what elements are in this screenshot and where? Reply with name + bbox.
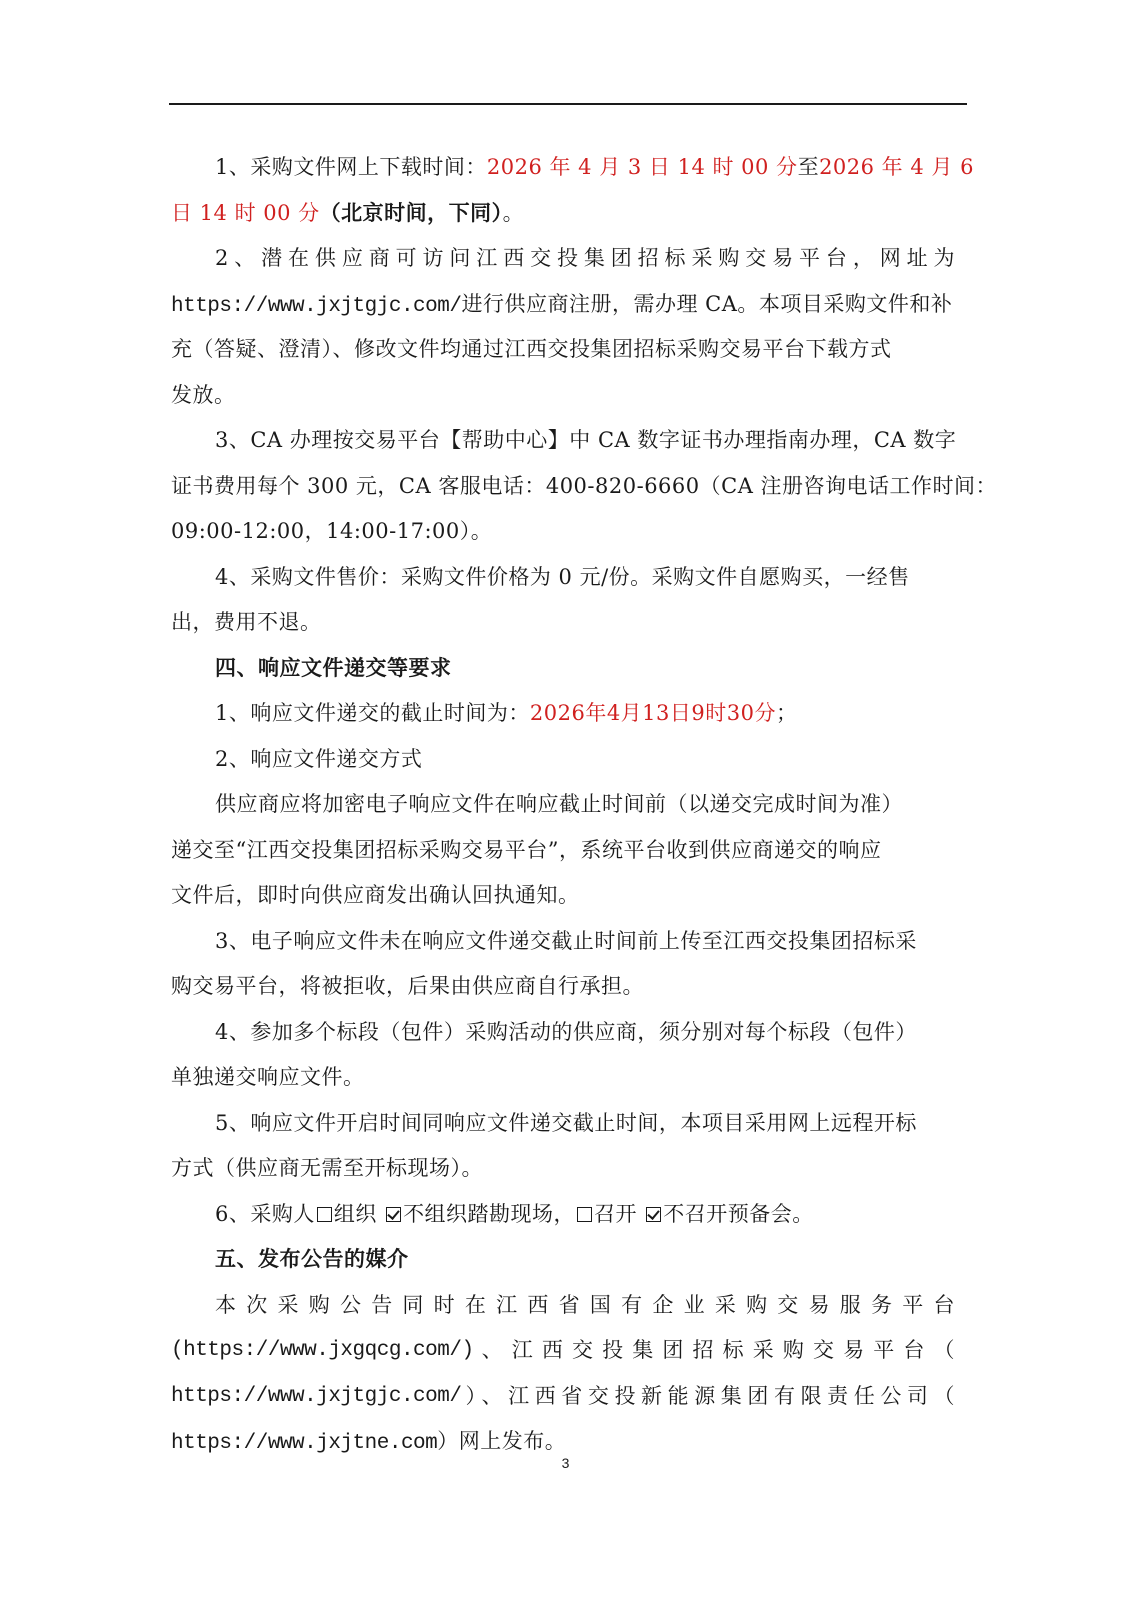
rejection-line-2: 购交易平台，将被拒收，后果由供应商自行承担。 [171, 964, 955, 1010]
checkbox-no-site-visit-checked[interactable] [386, 1207, 401, 1222]
media-text-2: 、江西交投集团招标采购交易平台（ [482, 1328, 955, 1374]
section-4-heading: 四、响应文件递交等要求 [171, 646, 955, 692]
download-time-label: 1、采购文件网上下载时间： [215, 155, 487, 179]
media-line-3: https://www.jxjtgjc.com/）、江西省交投新能源集团有限责任… [171, 1374, 955, 1420]
page-number: 3 [0, 1455, 1131, 1471]
deadline-label: 1、响应文件递交的截止时间为： [215, 701, 530, 725]
opening-line-1: 5、响应文件开启时间同响应文件递交截止时间，本项目采用网上远程开标 [171, 1101, 955, 1147]
document-page: 1、采购文件网上下载时间：2026 年 4 月 3 日 14 时 00 分至20… [0, 0, 1131, 1600]
price-line-2: 出，费用不退。 [171, 600, 955, 646]
jxgqcg-url-link[interactable]: (https://www.jxgqcg.com/) [171, 1328, 474, 1374]
ca-line-1: 3、CA 办理按交易平台【帮助中心】中 CA 数字证书办理指南办理，CA 数字 [171, 418, 955, 464]
document-body: 1、采购文件网上下载时间：2026 年 4 月 3 日 14 时 00 分至20… [171, 145, 955, 1465]
period: 。 [503, 201, 525, 225]
checkbox-hold-meeting-unchecked[interactable] [577, 1207, 592, 1222]
checkbox-organize-unchecked[interactable] [317, 1207, 332, 1222]
connector-text: 至 [798, 155, 820, 179]
download-time-line-1: 1、采购文件网上下载时间：2026 年 4 月 3 日 14 时 00 分至20… [171, 145, 955, 191]
download-start-time: 2026 年 4 月 3 日 14 时 00 分 [487, 155, 798, 179]
download-end-time-part2: 日 14 时 00 分 [171, 201, 320, 225]
semicolon: ； [776, 701, 798, 725]
option-hold-meeting: 召开 [594, 1202, 637, 1226]
beijing-time-note: （北京时间，下同） [320, 201, 503, 225]
submission-para-line-3: 文件后，即时向供应商发出确认回执通知。 [171, 873, 955, 919]
registration-line-1: 2、潜在供应商可访问江西交投集团招标采购交易平台，网址为 [171, 236, 955, 282]
multi-lot-line-1: 4、参加多个标段（包件）采购活动的供应商，须分别对每个标段（包件） [171, 1010, 955, 1056]
download-time-line-2: 日 14 时 00 分（北京时间，下同）。 [171, 191, 955, 237]
option-organize: 组织 [334, 1202, 377, 1226]
rejection-line-1: 3、电子响应文件未在响应文件递交截止时间前上传至江西交投集团招标采 [171, 919, 955, 965]
submission-para-line-2: 递交至“江西交投集团招标采购交易平台”，系统平台收到供应商递交的响应 [171, 828, 955, 874]
purchaser-label: 6、采购人 [215, 1202, 315, 1226]
deadline-line: 1、响应文件递交的截止时间为：2026年4月13日9时30分； [171, 691, 955, 737]
registration-line-2: https://www.jxjtgjc.com/进行供应商注册，需办理 CA。本… [171, 282, 955, 328]
ca-line-3: 09:00-12:00，14:00-17:00）。 [171, 509, 955, 555]
deadline-value: 2026年4月13日9时30分 [530, 701, 776, 725]
jxjtne-url-link[interactable]: https://www.jxjtne.com [171, 1432, 437, 1455]
multi-lot-line-2: 单独递交响应文件。 [171, 1055, 955, 1101]
download-end-time-part1: 2026 年 4 月 6 [819, 155, 974, 179]
media-line-2: (https://www.jxgqcg.com/)、江西交投集团招标采购交易平台… [171, 1328, 955, 1374]
platform-url-link[interactable]: https://www.jxjtgjc.com/ [171, 295, 461, 318]
section-5-heading: 五、发布公告的媒介 [171, 1237, 955, 1283]
media-text-4: ）网上发布。 [437, 1429, 566, 1453]
option-no-site-visit: 不组织踏勘现场， [403, 1202, 575, 1226]
ca-line-2: 证书费用每个 300 元，CA 客服电话：400-820-6660（CA 注册咨… [171, 464, 955, 510]
site-visit-line: 6、采购人组织 不组织踏勘现场，召开 不召开预备会。 [171, 1192, 955, 1238]
registration-text: 进行供应商注册，需办理 CA。本项目采购文件和补 [461, 292, 952, 316]
option-no-meeting: 不召开预备会。 [663, 1202, 814, 1226]
submission-method-title: 2、响应文件递交方式 [171, 737, 955, 783]
jxjtgjc-url-link[interactable]: https://www.jxjtgjc.com/ [171, 1374, 461, 1420]
submission-para-line-1: 供应商应将加密电子响应文件在响应截止时间前（以递交完成时间为准） [171, 782, 955, 828]
registration-line-3: 充（答疑、澄清）、修改文件均通过江西交投集团招标采购交易平台下载方式 [171, 327, 955, 373]
opening-line-2: 方式（供应商无需至开标现场）。 [171, 1146, 955, 1192]
checkbox-no-meeting-checked[interactable] [646, 1207, 661, 1222]
header-rule [169, 103, 967, 105]
registration-line-4: 发放。 [171, 373, 955, 419]
media-line-1: 本次采购公告同时在江西省国有企业采购交易服务平台 [171, 1283, 955, 1329]
media-text-3: ）、江西省交投新能源集团有限责任公司（ [465, 1374, 955, 1420]
price-line-1: 4、采购文件售价：采购文件价格为 0 元/份。采购文件自愿购买，一经售 [171, 555, 955, 601]
